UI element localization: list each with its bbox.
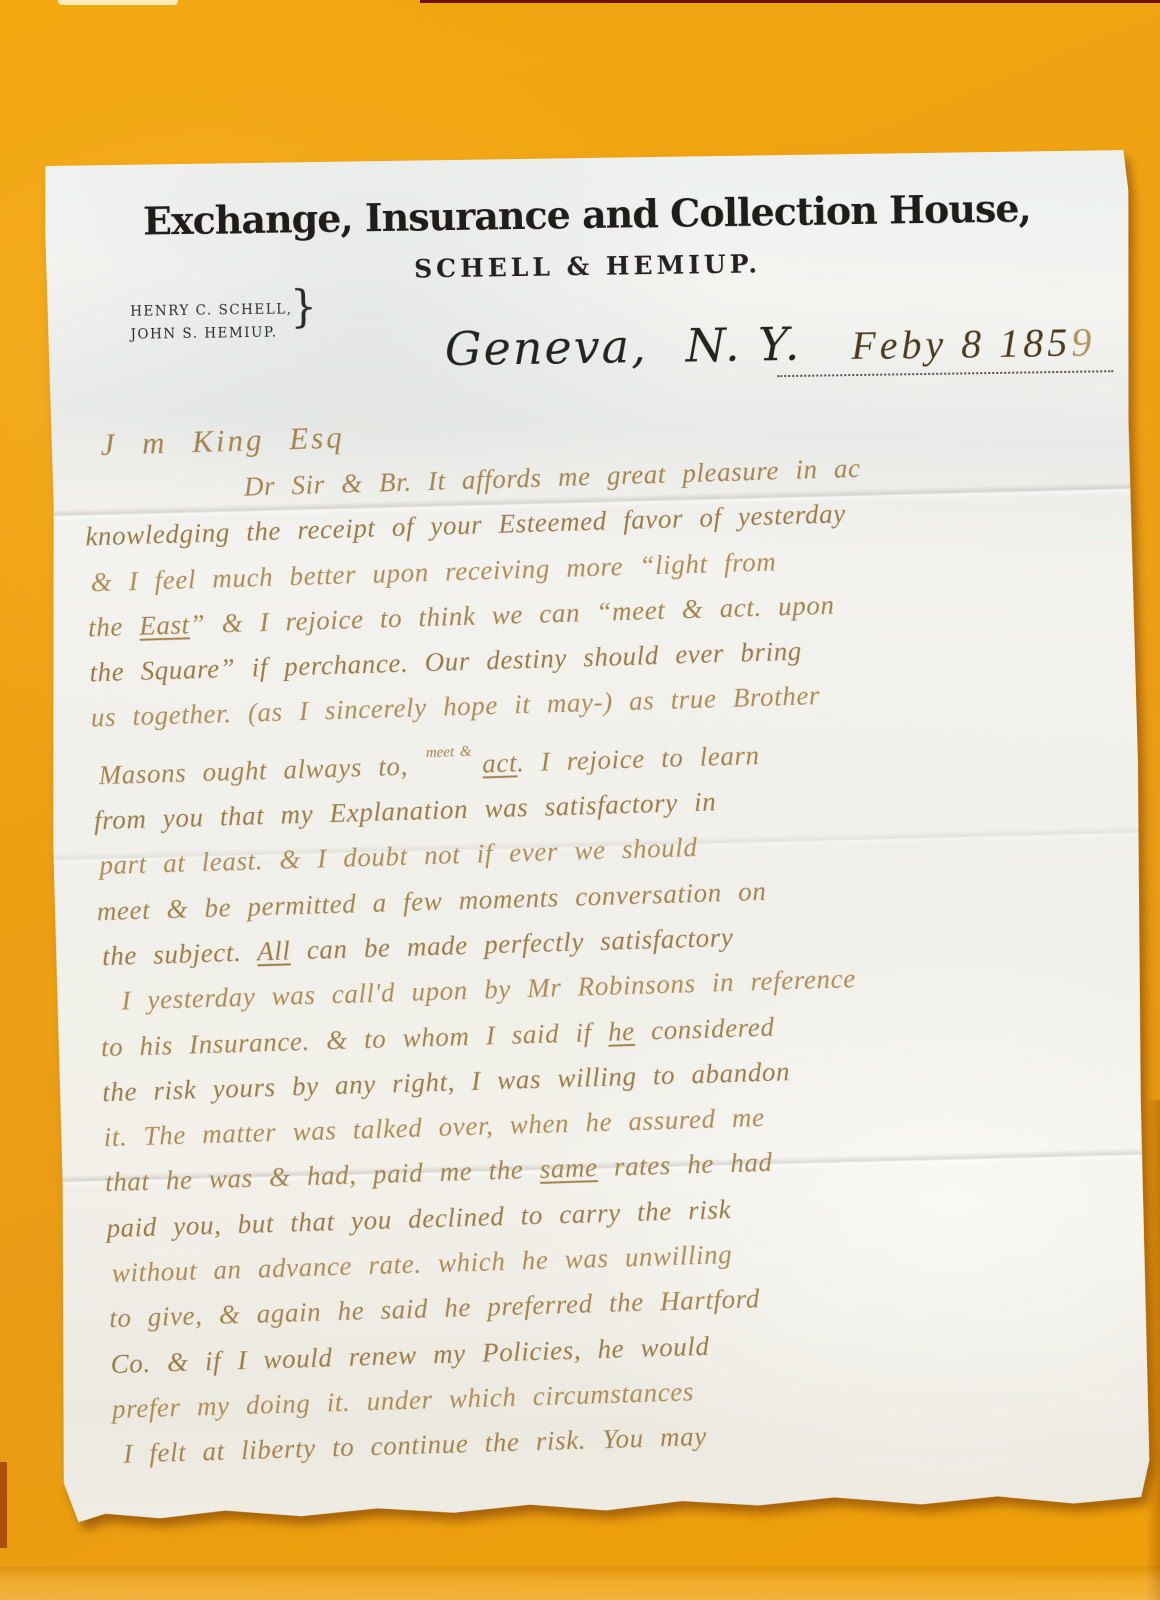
photo-top-left-edge [58,0,178,5]
photo-bottom-left-edge [0,1462,7,1548]
partner-name: JOHN S. HEMIUP. [130,321,293,346]
dateline: Geneva, N. Y. Feby 8 1859 [444,312,1095,376]
inserted-text: meet & [426,744,472,761]
letter-paper: Exchange, Insurance and Collection House… [42,150,1150,1524]
dateline-handwritten-date: Feby 8 1859 [851,319,1096,368]
letterhead-partners: HENRY C. SCHELL, JOHN S. HEMIUP. } [130,298,293,346]
partner-name: HENRY C. SCHELL, [130,298,293,323]
letterhead-title: Exchange, Insurance and Collection House… [43,184,1132,245]
dateline-state: N. Y. [685,317,801,373]
date-last-digit: 9 [1071,319,1096,364]
mat-right-shade [1146,1100,1160,1600]
letter-paper-wrap: Exchange, Insurance and Collection House… [42,150,1150,1524]
letter-body-lines: Dr Sir & Br. It affords me great pleasur… [83,436,1150,1478]
letterhead-firm-name: SCHELL & HEMIUP. [43,244,1131,289]
brace-glyph: } [290,294,319,319]
photo-top-edge-line [420,0,1160,3]
dateline-place: Geneva, [444,319,648,376]
scanned-letter-photo: Exchange, Insurance and Collection House… [0,0,1160,1600]
mat-bottom-seam [0,1566,1160,1600]
date-main: Feby 8 185 [851,320,1072,368]
dateline-dotted-rule [777,370,1113,377]
letter-body: J m King Esq Dr Sir & Br. It affords me … [82,388,1150,1478]
